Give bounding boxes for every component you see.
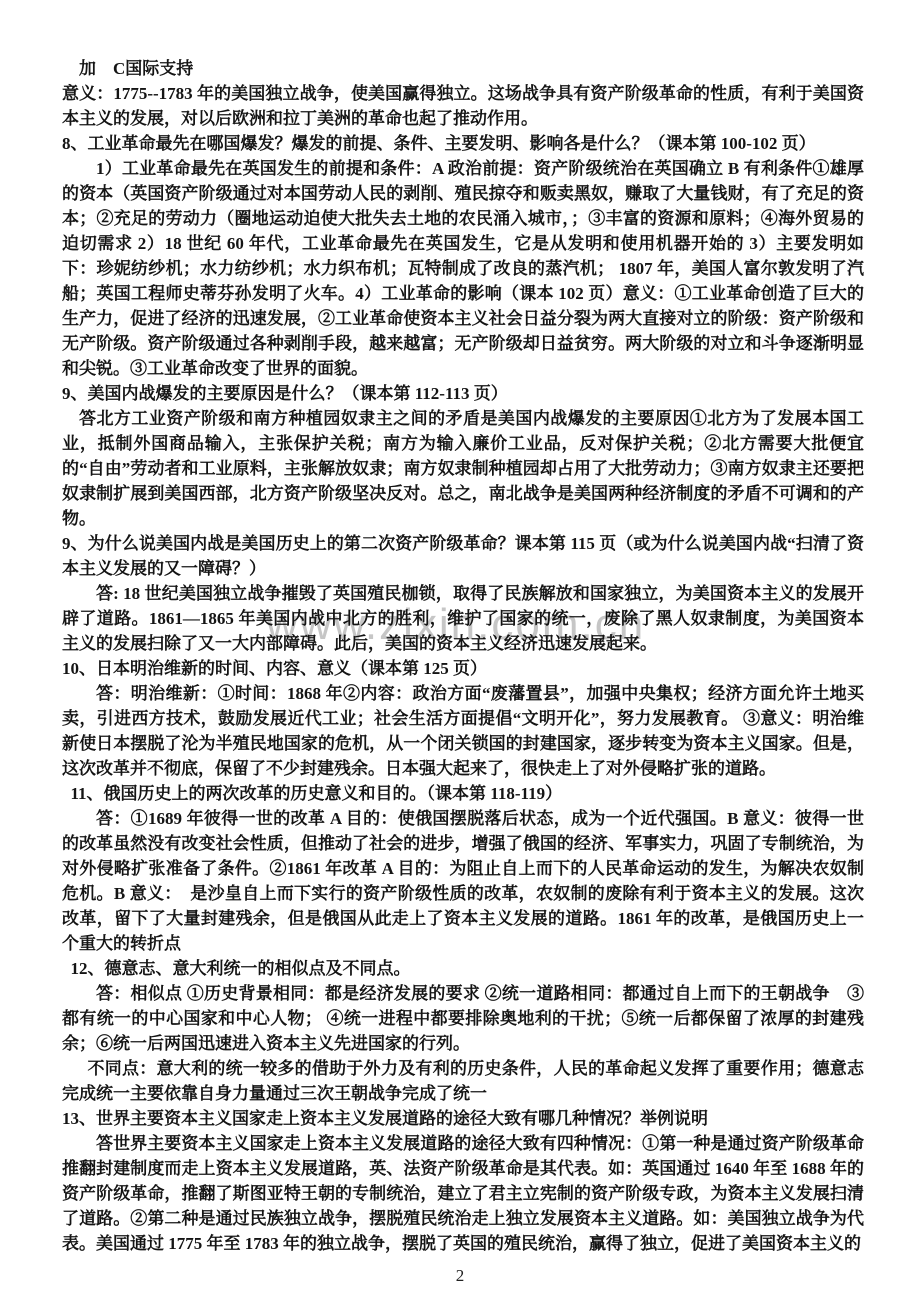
paragraph: 8、工业革命最先在哪国爆发？爆发的前提、条件、主要发明、影响各是什么？（课本第 … <box>62 131 864 156</box>
paragraph: 加 C国际支持 <box>62 56 864 81</box>
paragraph: 12、德意志、意大利统一的相似点及不同点。 <box>62 956 864 981</box>
paragraph: 11、俄国历史上的两次改革的历史意义和目的。（课本第 118-119） <box>62 781 864 806</box>
paragraph: 1）工业革命最先在英国发生的前提和条件：A 政治前提：资产阶级统治在英国确立 B… <box>62 156 864 381</box>
paragraph: 9、为什么说美国内战是美国历史上的第二次资产阶级革命？课本第 115 页（或为什… <box>62 531 864 581</box>
document-content: 加 C国际支持意义：1775--1783 年的美国独立战争，使美国赢得独立。这场… <box>62 56 864 1256</box>
paragraph: 不同点：意大利的统一较多的借助于外力及有利的历史条件，人民的革命起义发挥了重要作… <box>62 1056 864 1106</box>
paragraph: 意义：1775--1783 年的美国独立战争，使美国赢得独立。这场战争具有资产阶… <box>62 81 864 131</box>
paragraph: 答北方工业资产阶级和南方种植园奴隶主之间的矛盾是美国内战爆发的主要原因①北方为了… <box>62 406 864 531</box>
paragraph: 答世界主要资本主义国家走上资本主义发展道路的途径大致有四种情况：①第一种是通过资… <box>62 1131 864 1256</box>
paragraph: 10、日本明治维新的时间、内容、意义（课本第 125 页） <box>62 656 864 681</box>
paragraph: 答：相似点 ①历史背景相同：都是经济发展的要求 ②统一道路相同：都通过自上而下的… <box>62 981 864 1056</box>
paragraph: 答：明治维新：①时间：1868 年②内容：政治方面“废藩置县”，加强中央集权；经… <box>62 681 864 781</box>
paragraph: 答：①1689 年彼得一世的改革 A 目的：使俄国摆脱落后状态，成为一个近代强国… <box>62 806 864 956</box>
document-page: www.zixin.com.cn 加 C国际支持意义：1775--1783 年的… <box>0 0 920 1302</box>
paragraph: 13、世界主要资本主义国家走上资本主义发展道路的途径大致有哪几种情况？举例说明 <box>62 1106 864 1131</box>
paragraph: 9、美国内战爆发的主要原因是什么？（课本第 112-113 页） <box>62 381 864 406</box>
paragraph: 答: 18 世纪美国独立战争摧毁了英国殖民枷锁，取得了民族解放和国家独立，为美国… <box>62 581 864 656</box>
page-number: 2 <box>0 1266 920 1286</box>
